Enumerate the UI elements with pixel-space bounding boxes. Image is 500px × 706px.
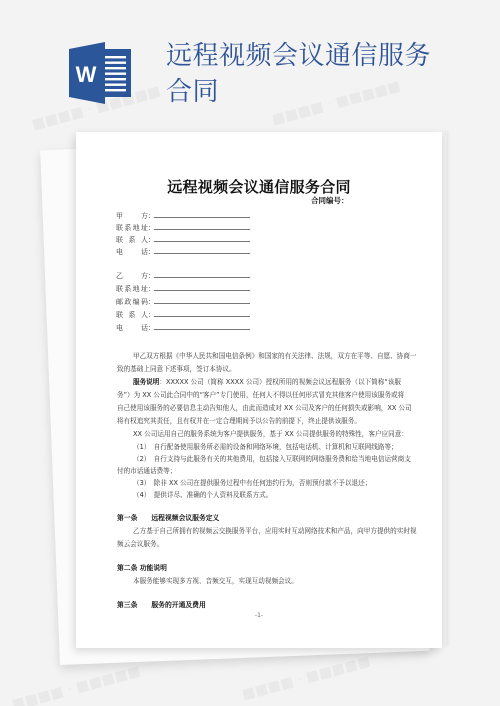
article-1-heading: 第一条远程视频会议服务定义 xyxy=(117,512,219,522)
watermark: ■■■■ · ■■■■■ xyxy=(240,653,372,703)
service-line-1: 服务说明：XXXXX 公司（简称 XXXX 公司）授权所用的视频会议远程服务（以… xyxy=(133,376,423,386)
blank-line[interactable] xyxy=(154,270,250,278)
article-3-heading: 第三条服务的开通及费用 xyxy=(117,599,206,609)
use-line-1: XX 公司运用自己的服务系统为客户提供服务，基于 XX 公司提供服务的特殊性，客… xyxy=(133,428,423,438)
article-2-heading: 第二条 功能说明 xyxy=(117,562,167,572)
party-a-phone-field[interactable]: 电 话： xyxy=(116,246,250,256)
service-line-2: 务”）为 XX 公司此合同中的“客户”专门使用，任何人不得以任何形式冒充其他客户… xyxy=(117,389,407,399)
banner-title: 远程视频会议通信服务 合同 xyxy=(166,38,436,110)
blank-line[interactable] xyxy=(154,222,250,230)
word-icon: W xyxy=(69,42,133,104)
blank-line[interactable] xyxy=(154,322,250,330)
page-edge xyxy=(442,132,447,646)
item-1: （1） 自行配备使用服务所必需的设备和网络环境，包括电话机、计算机和互联网线路等… xyxy=(133,441,423,451)
party-a-address-field[interactable]: 联系地址： xyxy=(116,222,250,232)
blank-line[interactable] xyxy=(154,283,250,291)
document-title: 远程视频会议通信服务合同 xyxy=(76,176,442,197)
blank-line[interactable] xyxy=(154,210,250,218)
party-a-name-field[interactable]: 甲 方： xyxy=(116,210,250,220)
page-number: -1- xyxy=(76,612,442,619)
article-1-body-1: 乙方基于自己所拥有的视频云交换服务平台，应用实时互动网络技术和产品，向甲方提供的… xyxy=(133,525,423,535)
blank-line[interactable] xyxy=(154,309,250,317)
item-2a: （2） 自行支持与此服务有关的其他费用，包括接入互联网的网络服务费和给当地电信运… xyxy=(133,453,423,463)
party-b-phone-field[interactable]: 电 话： xyxy=(116,322,250,332)
intro-line-2: 致的基础上同意下述事项，签订本协议。 xyxy=(117,363,407,373)
watermark: ■■■■ · ■■■■■ xyxy=(10,663,142,706)
svg-text:W: W xyxy=(76,62,97,87)
service-line-3: 自己使用该服务的必要信息主动告知他人，由此而造成对 XX 公司及客户的任何损失或… xyxy=(117,402,407,412)
party-b-name-field[interactable]: 乙 方： xyxy=(116,270,250,280)
party-a-contact-field[interactable]: 联系人： xyxy=(116,234,250,244)
document-page: 远程视频会议通信服务合同 合同编号： 甲 方： 联系地址： 联系人： 电 话： … xyxy=(76,132,442,648)
article-1-body-2: 频云会议服务。 xyxy=(117,538,407,548)
contract-number-label: 合同编号： xyxy=(311,195,349,206)
service-label: 服务说明 xyxy=(133,378,159,386)
item-4: （4） 提供详尽、准确的个人资料及联系方式。 xyxy=(133,489,423,499)
article-2-body-1: 本服务能够实现多方视、音频交互，实现互动视频会议。 xyxy=(133,575,423,585)
party-b-address-field[interactable]: 联系地址： xyxy=(116,283,250,293)
blank-line[interactable] xyxy=(154,246,250,254)
item-2b: 付的市话通话费等； xyxy=(117,465,407,475)
banner-title-line2: 合同 xyxy=(166,74,436,110)
blank-line[interactable] xyxy=(154,296,250,304)
blank-line[interactable] xyxy=(154,234,250,242)
party-b-postcode-field[interactable]: 邮政编码： xyxy=(116,296,250,306)
party-b-contact-field[interactable]: 联系人： xyxy=(116,309,250,319)
item-3: （3） 除非 XX 公司在提供服务过程中有任何违约行为，否则预付款不予以退还； xyxy=(133,477,423,487)
banner-title-line1: 远程视频会议通信服务 xyxy=(166,38,436,74)
intro-line-1: 甲乙双方根据《中华人民共和国电信条例》和国家的有关法律、法规，双方在平等、自愿、… xyxy=(133,350,423,360)
service-line-4: 将有权追究其责任，且有权并在一定合理期间予以公告的前提下，终止提供该服务。 xyxy=(117,415,407,425)
